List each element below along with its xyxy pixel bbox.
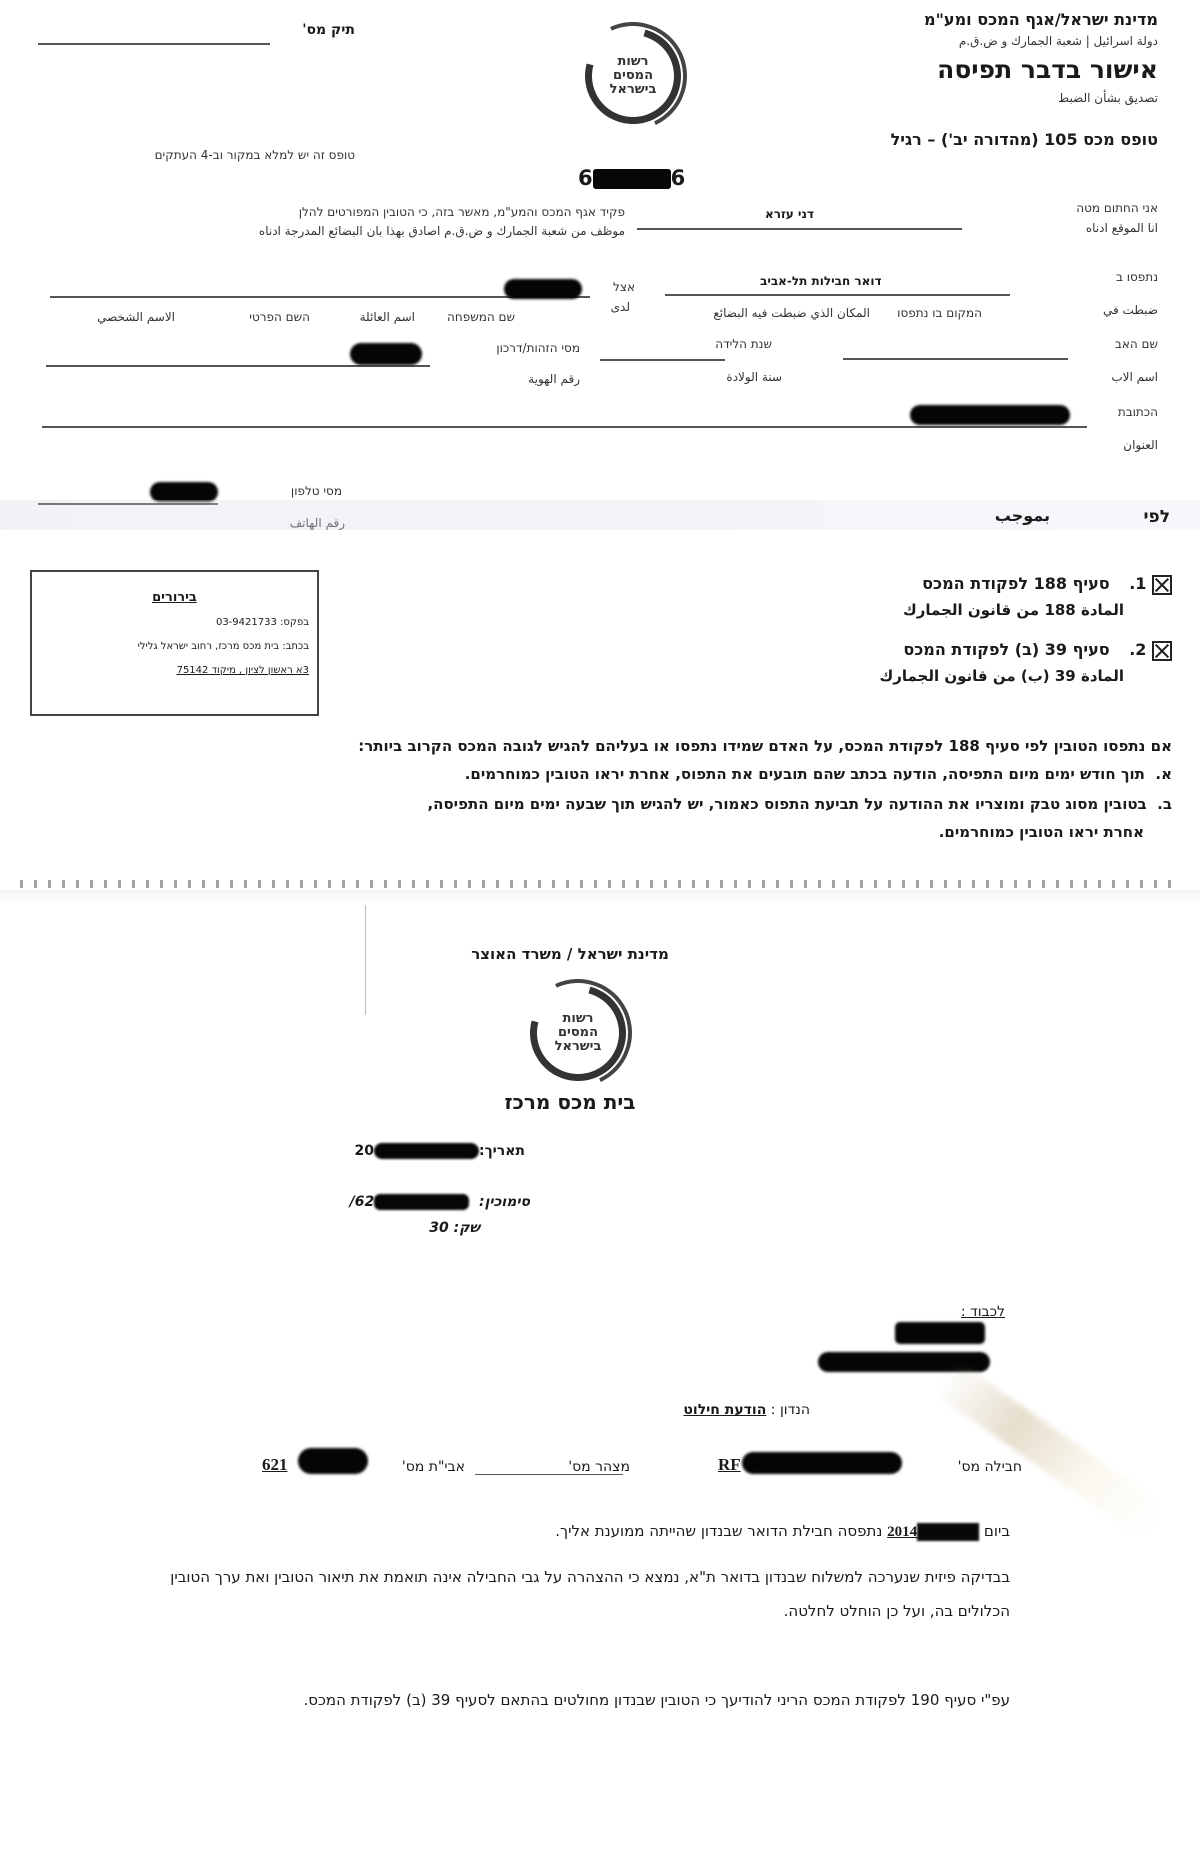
form-name: טופס מכס 105 (מהדורה יב') – רגיל xyxy=(891,130,1158,149)
id-number-label-ar: رقم الهوية xyxy=(528,372,580,386)
id-number-field[interactable] xyxy=(46,365,430,367)
redacted-phone xyxy=(150,482,218,502)
letter-to-label: לכבוד : xyxy=(961,1304,1005,1320)
signer-name-field[interactable] xyxy=(637,228,962,230)
file-number-field[interactable] xyxy=(38,43,270,45)
father-name-label: שם האב xyxy=(1115,337,1158,351)
letter-paragraph-1: ביום 2014 נתפסה חבילת הדואר שבנדון שהיית… xyxy=(210,1522,1010,1541)
form-title-ar: تصديق بشأن الضبط xyxy=(1058,91,1158,105)
seized-place-sublabel-ar: المكان الذي ضبطت فيه البضائع xyxy=(713,306,870,320)
inquiries-title: בירורים xyxy=(32,590,317,605)
letter-reference: סימוכין: 62/ xyxy=(310,1194,530,1210)
address-label: הכתובת xyxy=(1118,405,1158,419)
redacted-id-number xyxy=(350,343,422,365)
redacted-cargo-number xyxy=(298,1448,368,1474)
letter-office: בית מכס מרכז xyxy=(420,1090,720,1114)
scan-fold-line xyxy=(365,905,366,1015)
form-title: אישור בדבר תפיסה xyxy=(937,55,1158,84)
package-number-label: חבילה מס' xyxy=(958,1459,1022,1475)
father-name-field[interactable] xyxy=(843,358,1068,360)
seized-at-field[interactable] xyxy=(665,294,1010,296)
section-1-checkbox[interactable] xyxy=(1152,575,1172,595)
cargo-number-value: 621 xyxy=(262,1455,288,1475)
redacted-address xyxy=(910,405,1070,425)
inquiries-address-2: 3א ראשון לציון , מיקוד 75142 xyxy=(40,665,309,676)
section-item-1: 1. סעיף 188 לפקודת המכס المادة 188 من قا… xyxy=(812,574,1172,619)
seized-place-sublabel: המקום בו נתפסו xyxy=(897,306,982,320)
signer-role-text: פקיד אגף המכס והמע"מ, מאשר בזה, כי הטובי… xyxy=(299,205,625,219)
letter-sack-number: שק: 30 xyxy=(420,1220,480,1236)
seized-at-label-ar: ضبطت في xyxy=(1103,303,1158,317)
first-name-label-ar: الاسم الشخصي xyxy=(97,310,175,324)
cut-off-text-line xyxy=(20,880,1180,888)
letter-date: תאריך:20 xyxy=(315,1143,525,1159)
signer-label: אני החתום מטה xyxy=(1076,201,1158,215)
first-name-label: השם הפרטי xyxy=(249,310,310,324)
phone-label: מסי טלפון xyxy=(291,484,342,498)
page-seam xyxy=(0,890,1200,904)
inquiries-box: בירורים בפקס: 03-9421733 בכתב: בית מכס מ… xyxy=(30,570,319,716)
scan-streak xyxy=(932,1359,1168,1541)
letter-paragraph-3: עפ"י סעיף 190 לפקודת המכס הריני להודיעך … xyxy=(130,1680,1010,1720)
pursuant-label: לפי xyxy=(1144,507,1170,527)
redacted-owner-name xyxy=(504,279,582,299)
section-2-checkbox[interactable] xyxy=(1152,641,1172,661)
signer-label-ar: انا الموقع ادناه xyxy=(1086,221,1158,235)
address-field[interactable] xyxy=(42,426,1087,428)
section-item-2: 2. סעיף 39 (ב) לפקודת המכס المادة 39 (ب)… xyxy=(812,640,1172,685)
from-label-ar: لدى xyxy=(611,300,630,314)
signer-name-value: דני עזרא xyxy=(765,207,814,221)
letter-ministry: מדינת ישראל / משרד האוצר xyxy=(420,945,720,963)
father-name-label-ar: اسم الاب xyxy=(1111,370,1158,384)
cargo-number-label: אבי"ת מס' xyxy=(402,1459,465,1475)
form-serial-number: 66 xyxy=(578,166,685,190)
inquiries-address-1: בכתב: בית מכס מרכז, רחוב ישראל גלילי xyxy=(40,641,309,652)
family-name-label-ar: اسم العائلة xyxy=(360,310,415,324)
birth-year-label-ar: سنة الولادة xyxy=(726,370,782,384)
address-label-ar: العنوان xyxy=(1123,438,1158,452)
family-name-label: שם המשפחה xyxy=(447,310,515,324)
from-label: אצל xyxy=(613,280,635,294)
manifest-number-field[interactable] xyxy=(475,1474,623,1475)
id-number-label: מסי הזהות/דרכון xyxy=(496,341,580,355)
redacted-addressee-name xyxy=(895,1322,985,1344)
inquiries-fax: בפקס: 03-9421733 xyxy=(40,617,309,628)
header-state-line: מדינת ישראל/אגף המכס ומע"מ xyxy=(924,10,1158,29)
redacted-package-number xyxy=(742,1452,902,1474)
tax-authority-logo: רשות המסים בישראל xyxy=(585,28,681,124)
package-number-value: RF xyxy=(718,1455,741,1475)
pursuant-label-ar: بموجب xyxy=(995,506,1050,525)
letter-subject-value: הודעת חילוט xyxy=(683,1402,766,1418)
header-state-line-ar: دولة اسرائيل | شعبة الجمارك و ض.ق.م xyxy=(959,34,1158,48)
letter-subject: הנדון : הודעת חילוט xyxy=(683,1402,810,1418)
birth-year-field[interactable] xyxy=(600,359,725,361)
notice-item-a: א. תוך חודש ימים מיום התפיסה, הודעה בכתב… xyxy=(42,765,1172,783)
manifest-number-label: מצהר מס' xyxy=(568,1459,630,1475)
seized-at-label: נתפסו ב xyxy=(1116,270,1158,284)
letter-tax-authority-logo: רשות המסים בישראל xyxy=(530,985,626,1081)
file-number-label: תיק מס' xyxy=(302,22,355,38)
notice-item-b-cont: אחרת יראו הטובין כמוחרמים. xyxy=(939,823,1144,841)
instruction-note: טופס זה יש למלא במקור וב-4 העתקים xyxy=(155,148,355,162)
signer-role-text-ar: موظف من شعبة الجمارك و ض.ق.م اصادق بهذا … xyxy=(259,224,625,238)
letter-paragraph-2: בבדיקה פיזית שנערכה למשלוח שבנדון בדואר … xyxy=(130,1560,1010,1628)
notice-item-b: ב. בטובין מסוג טבק ומוצריו את ההודעה על … xyxy=(42,795,1172,813)
birth-year-label: שנת הלידה xyxy=(715,337,772,351)
seized-at-value: דואר חבילות תל-אביב xyxy=(760,274,882,288)
notice-intro: אם נתפסו הטובין לפי סעיף 188 לפקודת המכס… xyxy=(22,737,1172,755)
